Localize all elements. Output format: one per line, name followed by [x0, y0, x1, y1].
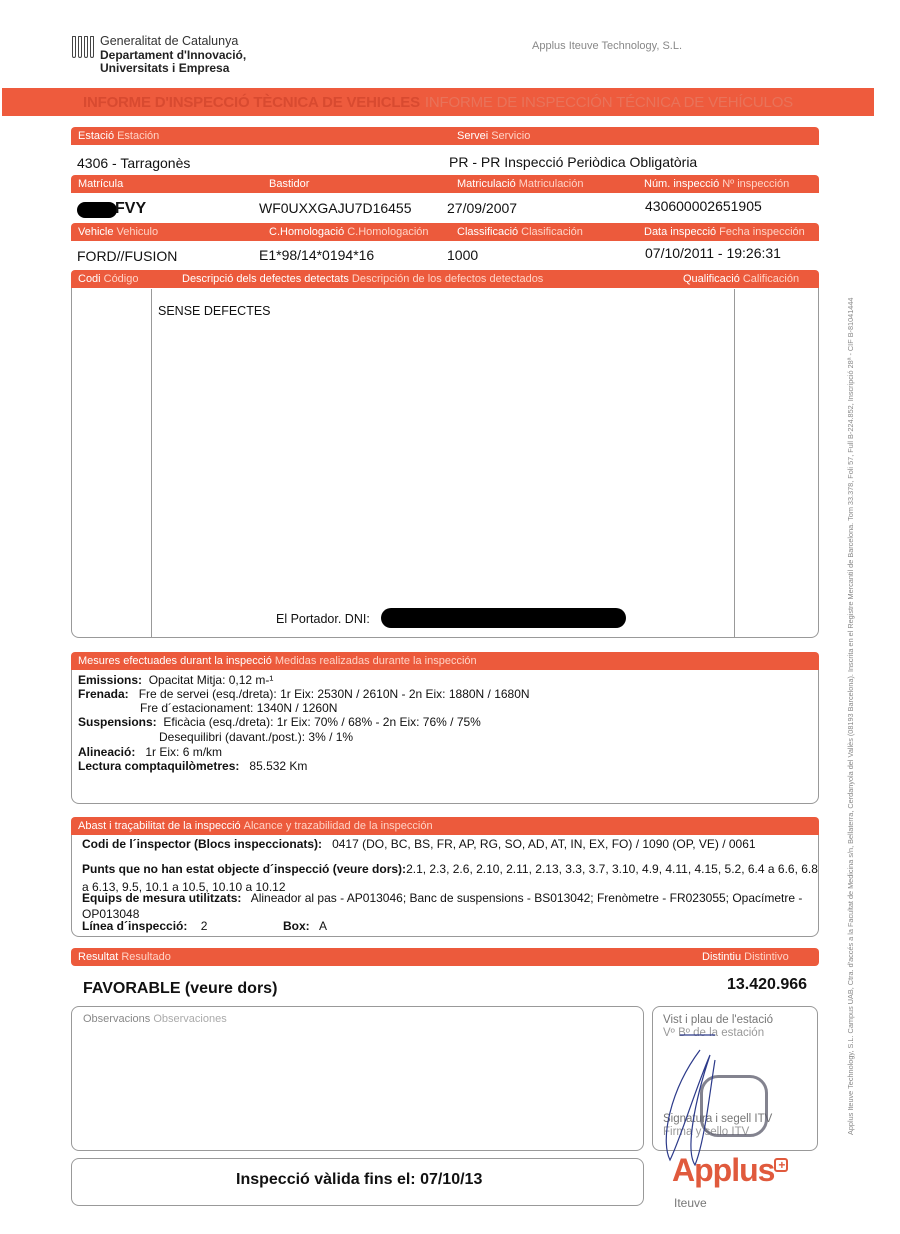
gov-name: Generalitat de Catalunya: [100, 35, 238, 48]
dni-redaction: [381, 608, 626, 628]
braking-row: Frenada: Fre de servei (esq./dreta): 1r …: [78, 687, 530, 701]
approval-ca: Vist i plau de l'estació: [663, 1014, 773, 1026]
defects-bar: CodiCódigo Descripció dels defectes dete…: [71, 270, 819, 288]
badge-number: 13.420.966: [727, 976, 807, 994]
divider: [734, 289, 735, 637]
parking-brake-row: Fre d´estacionament: 1340N / 1260N: [140, 701, 337, 715]
inspection-line-row: Línea d´inspecció: 2: [82, 919, 207, 933]
observations-box: [71, 1006, 644, 1151]
scope-bar: Abast i traçabilitat de la inspeccióAlca…: [71, 817, 819, 835]
result-label: ResultatResultado: [78, 951, 171, 963]
result-value: FAVORABLE (veure dors): [83, 980, 277, 998]
title-es: INFORME DE INSPECCIÓN TÉCNICA DE VEHÍCUL…: [425, 94, 793, 111]
validity-text: Inspecció vàlida fins el: 07/10/13: [236, 1171, 482, 1189]
registration-value: 27/09/2007: [447, 200, 517, 216]
result-bar: ResultatResultado DistintiuDistintivo: [71, 948, 819, 966]
plus-icon: +: [774, 1158, 788, 1172]
divider: [151, 289, 152, 637]
holder-label: El Portador. DNI:: [276, 612, 370, 626]
scope-label: Abast i traçabilitat de la inspeccióAlca…: [78, 820, 433, 832]
plate-value: FVY: [115, 200, 146, 218]
vehicle-ids-bar: Matrícula Bastidor MatriculacióMatricula…: [71, 175, 819, 193]
box-row: Box: A: [283, 919, 327, 933]
title-ca: INFORME D'INSPECCIÓ TÈCNICA DE VEHICLES: [83, 94, 420, 111]
legal-text: Applus Iteuve Technology, S.L. Campus UA…: [846, 298, 855, 1135]
station-label: EstacióEstación: [78, 130, 159, 142]
department-line2: Universitats i Empresa: [100, 62, 246, 75]
inspection-number-value: 430600002651905: [645, 198, 762, 214]
classification-value: 1000: [447, 247, 478, 263]
suspension-row: Suspensions: Eficàcia (esq./dreta): 1r E…: [78, 715, 481, 729]
vehicle-label: VehicleVehiculo: [78, 226, 158, 238]
station-value: 4306 - Tarragonès: [77, 155, 190, 171]
station-bar: EstacióEstación ServeiServicio: [71, 127, 819, 145]
classification-label: ClassificacióClasificación: [457, 226, 583, 238]
chassis-value: WF0UXXGAJU7D16455: [259, 200, 412, 216]
applus-logo: Applus+: [672, 1152, 788, 1189]
code-label: CodiCódigo: [78, 273, 138, 285]
odometer-row: Lectura comptaquilòmetres: 85.532 Km: [78, 759, 307, 773]
generalitat-logo-icon: [72, 36, 94, 58]
report-title: INFORME D'INSPECCIÓ TÈCNICA DE VEHICLES …: [2, 88, 874, 116]
vehicle-info-bar: VehicleVehiculo C.HomologacióC.Homologac…: [71, 223, 819, 241]
department: Departament d'Innovació, Universitats i …: [100, 49, 246, 75]
observations-label: Observacions Observaciones: [83, 1013, 227, 1025]
service-value: PR - PR Inspecció Periòdica Obligatòria: [449, 154, 697, 170]
homologation-label: C.HomologacióC.Homologación: [269, 226, 429, 238]
measurements-label: Mesures efectuades durant la inspeccióMe…: [78, 655, 477, 667]
uninspected-points-row: Punts que no han estat objecte d´inspecc…: [82, 862, 818, 876]
suspension-imbalance-row: Desequilibri (davant./post.): 3% / 1%: [159, 730, 353, 744]
vehicle-value: FORD//FUSION: [77, 248, 177, 264]
measurements-bar: Mesures efectuades durant la inspeccióMe…: [71, 652, 819, 670]
badge-label: DistintiuDistintivo: [702, 951, 789, 963]
registration-label: MatriculacióMatriculación: [457, 178, 584, 190]
defects-text: SENSE DEFECTES: [158, 304, 271, 318]
inspection-date-label: Data inspeccióFecha inspección: [644, 226, 805, 238]
qualification-label: QualificacióCalificación: [683, 273, 799, 285]
alignment-row: Alineació: 1r Eix: 6 m/km: [78, 745, 222, 759]
service-label: ServeiServicio: [457, 130, 530, 142]
inspection-date-value: 07/10/2011 - 19:26:31: [645, 245, 781, 261]
plate-redaction: [77, 202, 117, 218]
inspection-number-label: Núm. inspeccióNº inspección: [644, 178, 789, 190]
defects-description-label: Descripció dels defectes detectatsDescri…: [182, 273, 543, 285]
company-name: Applus Iteuve Technology, S.L.: [532, 40, 682, 52]
signature-icon: [660, 1030, 740, 1170]
iteuve-brand: Iteuve: [674, 1196, 707, 1210]
defects-box: [71, 288, 819, 638]
inspector-row: Codi de l´inspector (Blocs inspeccionats…: [82, 837, 756, 851]
homologation-value: E1*98/14*0194*16: [259, 247, 374, 263]
plate-label: Matrícula: [78, 178, 123, 190]
emissions-row: Emissions: Opacitat Mitja: 0,12 m-¹: [78, 673, 273, 687]
equipment-row: Equips de mesura utilitzats: Alineador a…: [82, 891, 802, 905]
chassis-label: Bastidor: [269, 178, 309, 190]
